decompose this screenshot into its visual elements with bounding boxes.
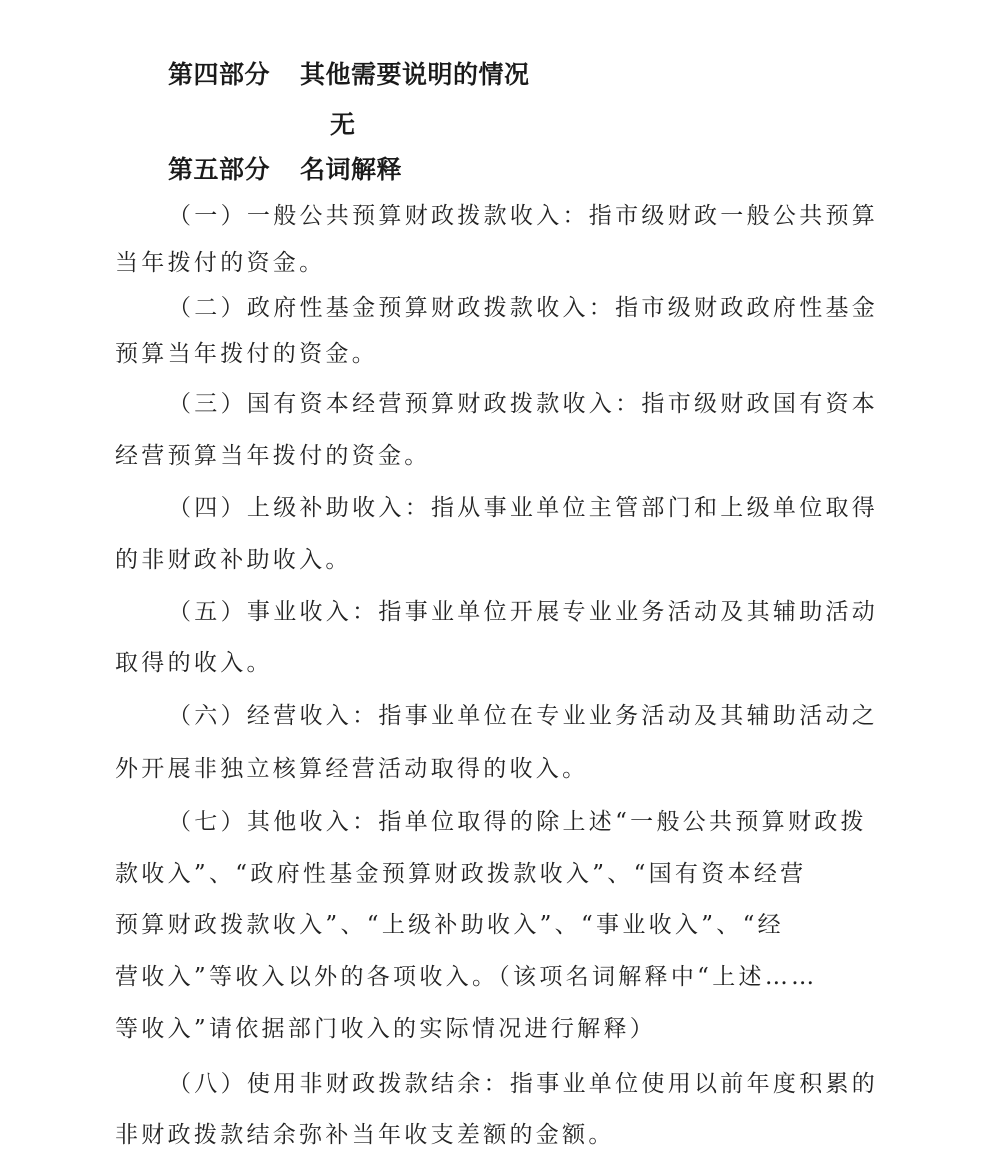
definition-line: 等收入”请依据部门收入的实际情况进行解释） [115, 1018, 656, 1041]
definition-line: （一）一般公共预算财政拨款收入：指市级财政一般公共预算 [168, 205, 878, 228]
part4-heading: 第四部分其他需要说明的情况 [168, 62, 530, 87]
definition-line: 营收入”等收入以外的各项收入。（该项名词解释中“上述…… [115, 966, 817, 989]
definition-line: （六）经营收入：指事业单位在专业业务活动及其辅助活动之 [168, 705, 878, 728]
part4-title: 其他需要说明的情况 [300, 60, 530, 89]
definition-line: 取得的收入。 [115, 652, 273, 675]
document-page: 第四部分其他需要说明的情况 无 第五部分名词解释 （一）一般公共预算财政拨款收入… [0, 0, 1000, 1169]
definition-line: （七）其他收入：指单位取得的除上述“一般公共预算财政拨 [168, 811, 867, 834]
definition-line: 当年拨付的资金。 [115, 252, 325, 275]
definition-line: （五）事业收入：指事业单位开展专业业务活动及其辅助活动 [168, 601, 878, 624]
part4-number: 第四部分 [168, 60, 270, 89]
part4-content: 无 [330, 112, 355, 137]
part5-title: 名词解释 [300, 155, 402, 184]
definition-line: 的非财政补助收入。 [115, 549, 352, 572]
definition-line: （四）上级补助收入：指从事业单位主管部门和上级单位取得 [168, 497, 878, 520]
definition-line: （八）使用非财政拨款结余：指事业单位使用以前年度积累的 [168, 1073, 878, 1096]
definition-line: （三）国有资本经营预算财政拨款收入：指市级财政国有资本 [168, 393, 878, 416]
definition-line: 经营预算当年拨付的资金。 [115, 445, 431, 468]
definition-line: 外开展非独立核算经营活动取得的收入。 [115, 758, 588, 781]
part5-number: 第五部分 [168, 155, 270, 184]
definition-line: （二）政府性基金预算财政拨款收入：指市级财政政府性基金 [168, 297, 878, 320]
definition-line: 预算当年拨付的资金。 [115, 343, 378, 366]
definition-line: 款收入”、“政府性基金预算财政拨款收入”、“国有资本经营 [115, 863, 806, 886]
definition-line: 预算财政拨款收入”、“上级补助收入”、“事业收入”、“经 [115, 914, 784, 937]
definition-line: 非财政拨款结余弥补当年收支差额的金额。 [115, 1124, 615, 1147]
part5-heading: 第五部分名词解释 [168, 157, 402, 182]
